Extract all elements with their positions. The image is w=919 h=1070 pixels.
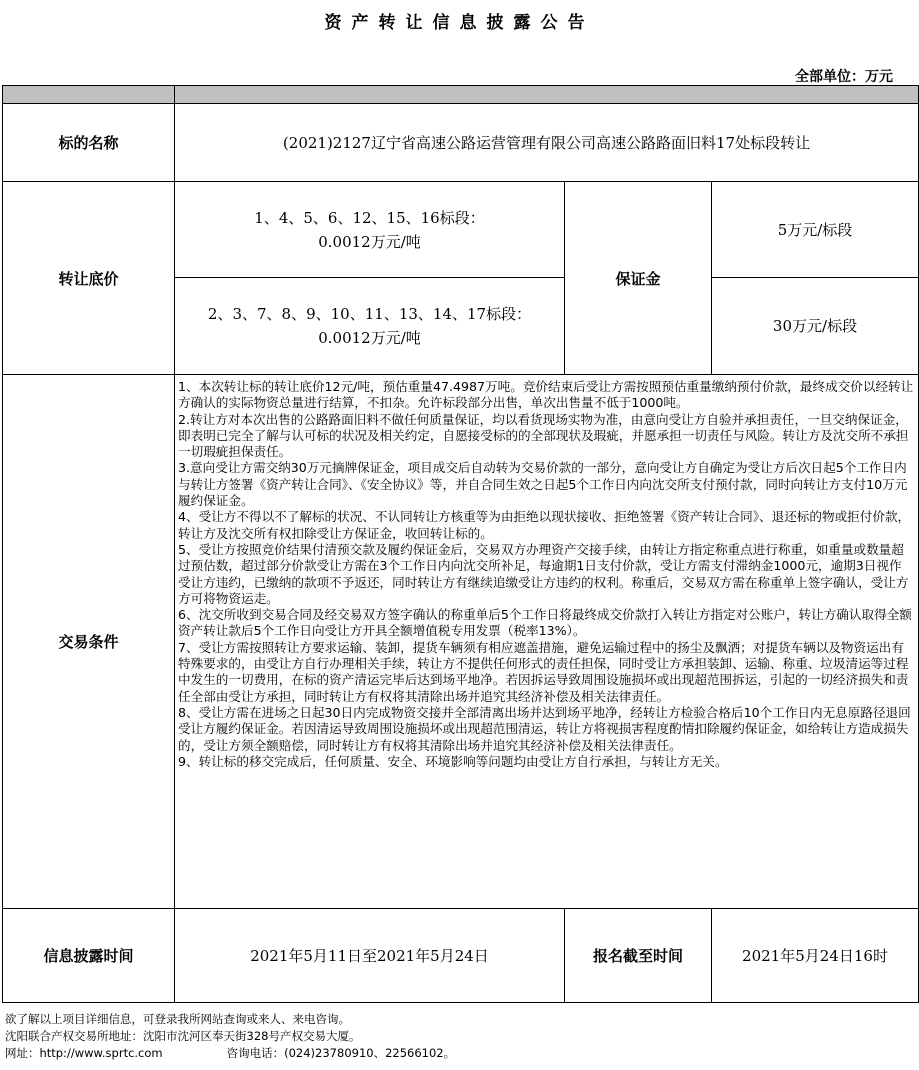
disclosure-row: 信息披露时间 2021年5月11日至2021年5月24日 报名截至时间 2021…: [3, 909, 919, 1003]
deposit-value-1: 5万元/标段: [712, 182, 919, 278]
deadline-label: 报名截至时间: [565, 909, 712, 1003]
reserve-price-label: 转让底价: [3, 182, 175, 375]
disclosure-value: 2021年5月11日至2021年5月24日: [175, 909, 565, 1003]
deposit-label: 保证金: [565, 182, 712, 375]
deadline-value: 2021年5月24日16时: [712, 909, 919, 1003]
header-band-left: [3, 86, 175, 104]
price-group-1: 1、4、5、6、12、15、16标段： 0.0012万元/吨: [175, 182, 565, 278]
condition-item-8: 8、受让方需在进场之日起30日内完成物资交接并全部清离出场并达到场平地净，经转让…: [178, 705, 914, 754]
website-link[interactable]: 网址：http://www.sprtc.com: [5, 1046, 163, 1060]
unit-label: 全部单位：万元: [795, 66, 893, 86]
footer-info-line: 欲了解以上项目详细信息，可登录我所网站查询或来人、来电咨询。: [5, 1011, 455, 1028]
subject-label: 标的名称: [3, 104, 175, 182]
conditions-label: 交易条件: [3, 375, 175, 909]
subject-row: 标的名称 (2021)2127辽宁省高速公路运营管理有限公司高速公路路面旧料17…: [3, 104, 919, 182]
footer-contact-line: 网址：http://www.sprtc.com咨询电话：(024)2378091…: [5, 1045, 455, 1062]
condition-item-3: 3.意向受让方需交纳30万元摘牌保证金，项目成交后自动转为交易价款的一部分，意向…: [178, 460, 914, 509]
condition-item-2: 2.转让方对本次出售的公路路面旧料不做任何质量保证，均以看货现场实物为准，由意向…: [178, 412, 914, 461]
header-band-right: [175, 86, 919, 104]
price-group-1-price: 0.0012万元/吨: [175, 230, 564, 254]
conditions-body: 1、本次转让标的转让底价12元/吨，预估重量47.4987万吨。竞价结束后受让方…: [175, 375, 919, 909]
deposit-value-2: 30万元/标段: [712, 278, 919, 375]
price-group-2: 2、3、7、8、9、10、11、13、14、17标段： 0.0012万元/吨: [175, 278, 565, 375]
condition-item-9: 9、转让标的移交完成后，任何质量、安全、环境影响等问题均由受让方自行承担，与转让…: [178, 754, 914, 770]
subject-value: (2021)2127辽宁省高速公路运营管理有限公司高速公路路面旧料17处标段转让: [175, 104, 919, 182]
condition-item-7: 7、受让方需按照转让方要求运输、装卸，提货车辆须有相应遮盖措施，避免运输过程中的…: [178, 640, 914, 705]
conditions-row: 交易条件 1、本次转让标的转让底价12元/吨，预估重量47.4987万吨。竞价结…: [3, 375, 919, 909]
disclosure-label: 信息披露时间: [3, 909, 175, 1003]
price-group-2-sections: 2、3、7、8、9、10、11、13、14、17标段：: [175, 302, 564, 326]
header-band: [3, 86, 919, 104]
condition-item-4: 4、受让方不得以不了解标的状况、不认同转让方核重等为由拒绝以现状接收、拒绝签署《…: [178, 509, 914, 542]
price-group-1-sections: 1、4、5、6、12、15、16标段：: [175, 206, 564, 230]
price-group-2-price: 0.0012万元/吨: [175, 326, 564, 350]
footer: 欲了解以上项目详细信息，可登录我所网站查询或来人、来电咨询。 沈阳联合产权交易所…: [5, 1011, 455, 1062]
condition-item-1: 1、本次转让标的转让底价12元/吨，预估重量47.4987万吨。竞价结束后受让方…: [178, 379, 914, 412]
condition-item-6: 6、沈交所收到交易合同及经交易双方签字确认的称重单后5个工作日将最终成交价款打入…: [178, 607, 914, 640]
price-row-1: 转让底价 1、4、5、6、12、15、16标段： 0.0012万元/吨 保证金 …: [3, 182, 919, 278]
condition-item-5: 5、受让方按照竞价结果付清预交款及履约保证金后，交易双方办理资产交接手续，由转让…: [178, 542, 914, 607]
disclosure-table: 标的名称 (2021)2127辽宁省高速公路运营管理有限公司高速公路路面旧料17…: [2, 85, 919, 1003]
page-title: 资产转让信息披露公告: [0, 8, 919, 33]
phone-info: 咨询电话：(024)23780910、22566102。: [227, 1046, 456, 1060]
footer-address-line: 沈阳联合产权交易所地址：沈阳市沈河区奉天街328号产权交易大厦。: [5, 1028, 455, 1045]
